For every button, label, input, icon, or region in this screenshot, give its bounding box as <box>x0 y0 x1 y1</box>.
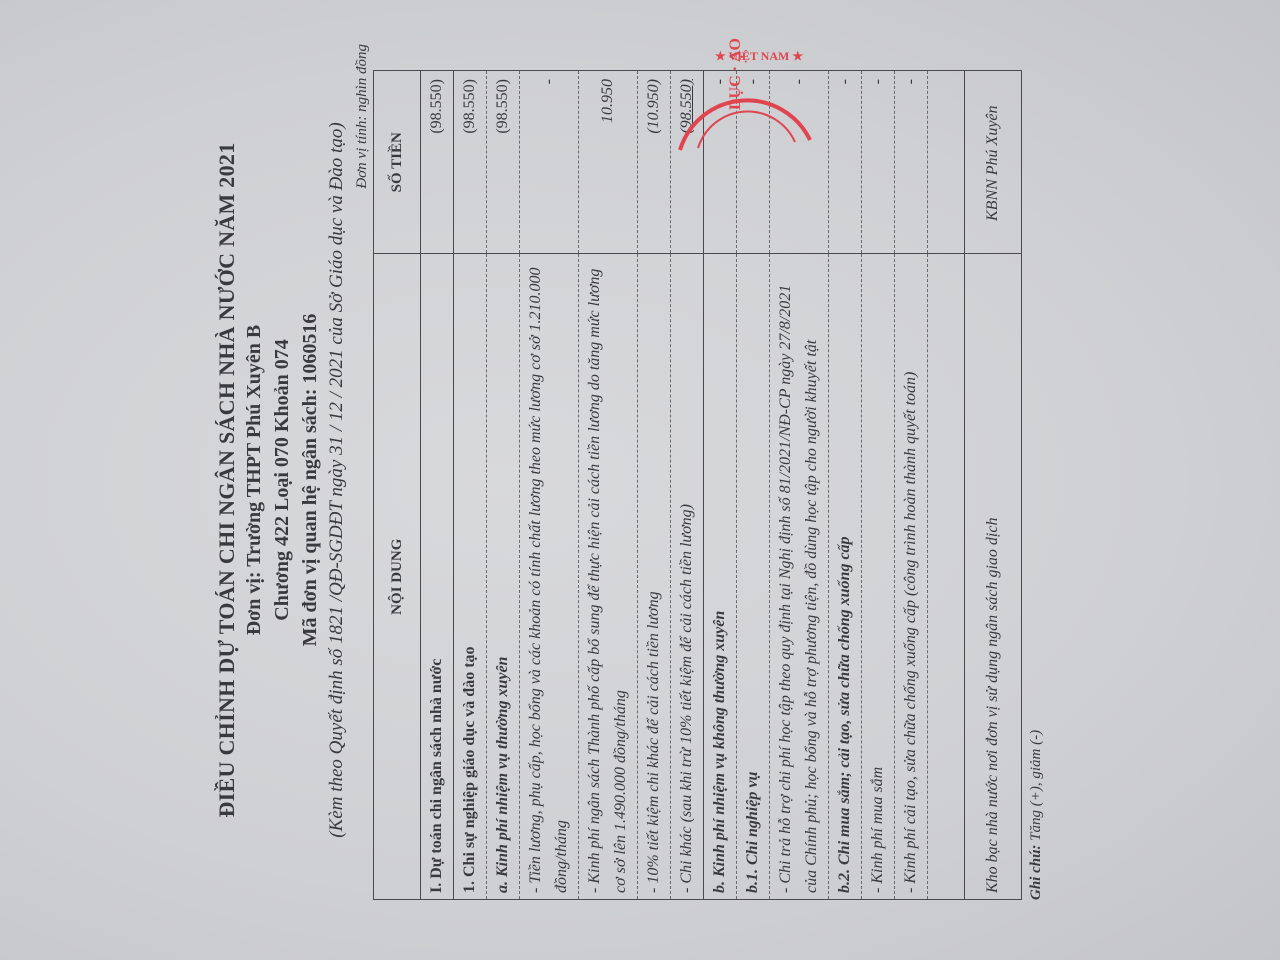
table-row: I. Dự toán chi ngân sách nhà nước(98.550… <box>421 71 454 900</box>
row-amount: (98.550) <box>454 71 487 254</box>
treasury-value: KBNN Phú Xuyên <box>965 71 1022 254</box>
header-amount: SỐ TIỀN <box>374 71 421 254</box>
table-row: - Kinh phí ngân sách Thành phố cấp bổ su… <box>579 71 638 900</box>
chapter-line: Chương 422 Loại 070 Khoản 074 <box>268 30 296 930</box>
row-content: - Tiền lương, phụ cấp, học bổng và các k… <box>520 254 579 900</box>
row-content: b.2. Chi mua sắm; cải tạo, sửa chữa chốn… <box>829 254 862 900</box>
row-amount: - <box>704 71 737 254</box>
row-content: 1. Chi sự nghiệp giáo dục và đào tạo <box>454 254 487 900</box>
unit-line: Đơn vị: Trường THPT Phú Xuyên B <box>240 30 268 930</box>
row-amount: - <box>520 71 579 254</box>
table-row: - Kinh phí mua sắm- <box>862 71 895 900</box>
note-text: Tăng (+), giảm (-) <box>1028 730 1044 841</box>
row-amount: (98.550) <box>487 71 520 254</box>
header-content: NỘI DUNG <box>374 254 421 900</box>
table-row: b. Kinh phí nhiệm vụ không thường xuyên- <box>704 71 737 900</box>
row-content <box>928 254 965 900</box>
row-amount: - <box>737 71 770 254</box>
table-row: 1. Chi sự nghiệp giáo dục và đào tạo(98.… <box>454 71 487 900</box>
decision-line: (Kèm theo Quyết định số 1821 /QĐ-SGDĐT n… <box>326 30 348 930</box>
row-content: - Kinh phí ngân sách Thành phố cấp bổ su… <box>579 254 638 900</box>
document-header: ĐIỀU CHỈNH DỰ TOÁN CHI NGÂN SÁCH NHÀ NƯỚ… <box>214 30 348 930</box>
row-content: - 10% tiết kiệm chi khác để cải cách tiề… <box>638 254 671 900</box>
row-content: I. Dự toán chi ngân sách nhà nước <box>421 254 454 900</box>
row-amount: 10.950 <box>579 71 638 254</box>
row-amount: (10.950) <box>638 71 671 254</box>
table-row: - Tiền lương, phụ cấp, học bổng và các k… <box>520 71 579 900</box>
currency-unit: Đơn vị tính: nghìn đồng <box>354 44 371 930</box>
treasury-label: Kho bạc nhà nước nơi đơn vị sử dụng ngân… <box>965 254 1022 900</box>
document-sheet: ĐIỀU CHỈNH DỰ TOÁN CHI NGÂN SÁCH NHÀ NƯỚ… <box>200 30 1080 930</box>
row-amount: - <box>895 71 928 254</box>
table-row: - 10% tiết kiệm chi khác để cải cách tiề… <box>638 71 671 900</box>
row-content: - Chi trả hỗ trợ chi phí học tập theo qu… <box>770 254 829 900</box>
row-content: a. Kinh phí nhiệm vụ thường xuyên <box>487 254 520 900</box>
budget-table: NỘI DUNG SỐ TIỀN I. Dự toán chi ngân sác… <box>373 70 1022 900</box>
row-amount: - <box>862 71 895 254</box>
budget-table-body: I. Dự toán chi ngân sách nhà nước(98.550… <box>421 71 965 900</box>
treasury-row: Kho bạc nhà nước nơi đơn vị sử dụng ngân… <box>965 71 1022 900</box>
row-content: b. Kinh phí nhiệm vụ không thường xuyên <box>704 254 737 900</box>
document-title: ĐIỀU CHỈNH DỰ TOÁN CHI NGÂN SÁCH NHÀ NƯỚ… <box>214 30 240 930</box>
row-content: - Kinh phí mua sắm <box>862 254 895 900</box>
row-amount: (98.550) <box>421 71 454 254</box>
note-label: Ghi chú: <box>1028 845 1044 900</box>
budget-code-line: Mã đơn vị quan hệ ngân sách: 1060516 <box>296 30 324 930</box>
table-row: b.2. Chi mua sắm; cải tạo, sửa chữa chốn… <box>829 71 862 900</box>
row-amount: (98.550) <box>671 71 704 254</box>
note: Ghi chú: Tăng (+), giảm (-) <box>1028 30 1045 900</box>
table-row <box>928 71 965 900</box>
table-row: b.1. Chi nghiệp vụ- <box>737 71 770 900</box>
table-row: - Kinh phí cải tạo, sửa chữa chống xuống… <box>895 71 928 900</box>
table-row: - Chi trả hỗ trợ chi phí học tập theo qu… <box>770 71 829 900</box>
row-amount: - <box>829 71 862 254</box>
row-content: b.1. Chi nghiệp vụ <box>737 254 770 900</box>
row-amount <box>928 71 965 254</box>
row-amount: - <box>770 71 829 254</box>
row-content: - Kinh phí cải tạo, sửa chữa chống xuống… <box>895 254 928 900</box>
table-row: - Chi khác (sau khi trừ 10% tiết kiệm để… <box>671 71 704 900</box>
row-content: - Chi khác (sau khi trừ 10% tiết kiệm để… <box>671 254 704 900</box>
table-row: a. Kinh phí nhiệm vụ thường xuyên(98.550… <box>487 71 520 900</box>
